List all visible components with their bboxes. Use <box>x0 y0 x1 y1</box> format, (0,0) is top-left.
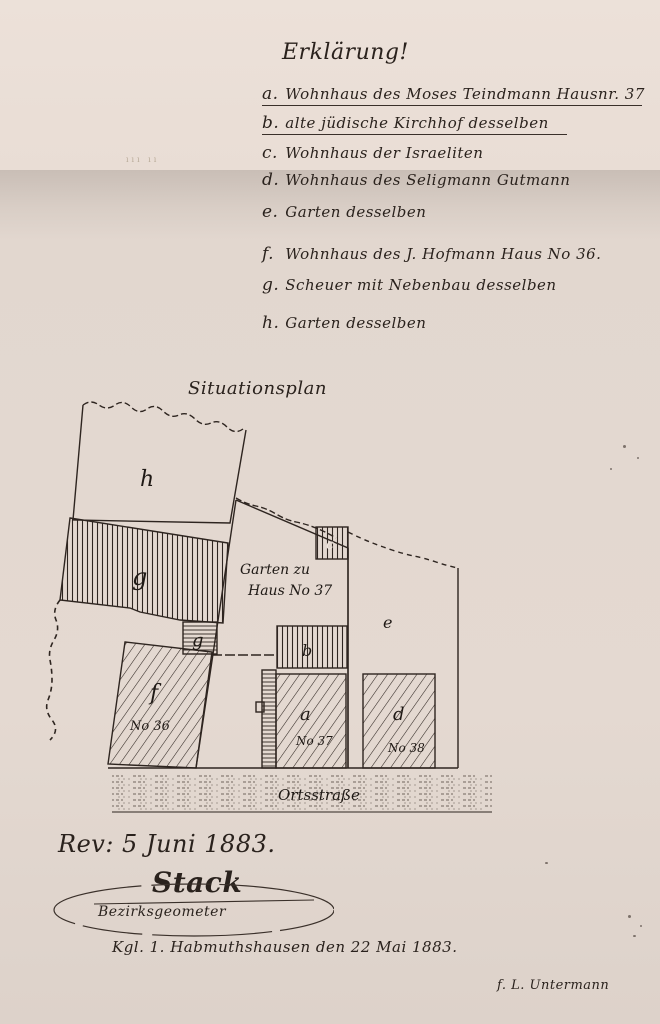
legend-item-h: h. Garten desselben <box>262 313 426 333</box>
site-plan-drawing: h g Garten zu Haus No 37 c b e g f No 36… <box>0 390 660 830</box>
ink-speck <box>633 935 636 937</box>
legend-text: Wohnhaus des Seligmann Gutmann <box>285 171 570 189</box>
parcel-a-house-37 <box>276 674 346 768</box>
ink-speck <box>640 925 642 927</box>
revision-date: Rev: 5 Juni 1883. <box>58 830 276 858</box>
label-a: a <box>300 704 311 725</box>
label-street: Ortsstraße <box>278 786 360 804</box>
label-c: c <box>326 537 334 553</box>
legend-key: g. <box>262 275 280 295</box>
ink-speck <box>610 468 612 470</box>
legend-key: f. <box>262 244 280 264</box>
label-garden: Garten zu <box>240 562 310 578</box>
label-d-no: No 38 <box>387 741 425 755</box>
label-a-no: No 37 <box>295 734 333 748</box>
parcel-f-house-36 <box>108 642 212 768</box>
wavy-boundary-right <box>348 532 458 568</box>
legend-key: h. <box>262 313 280 333</box>
legend-text: Wohnhaus des Moses Teindmann Hausnr. 37 <box>285 85 645 103</box>
signature-office: Bezirksgeometer <box>98 904 226 920</box>
ink-speck <box>637 457 639 459</box>
legend-item-e: e. Garten desselben <box>262 202 426 222</box>
legend-key: e. <box>262 202 280 222</box>
label-e: e <box>383 613 392 632</box>
legend-key: a. <box>262 84 280 104</box>
legend-text: Garten desselben <box>285 314 426 332</box>
legend-item-f: f. Wohnhaus des J. Hofmann Haus No 36. <box>262 244 601 264</box>
label-h: h <box>140 467 154 492</box>
legend-text: alte jüdische Kirchhof desselben <box>285 114 548 132</box>
parcel-a-stairs <box>262 670 276 768</box>
legend-item-a: a. Wohnhaus des Moses Teindmann Hausnr. … <box>262 84 642 106</box>
wavy-boundary-left <box>47 600 60 740</box>
wavy-boundary-top <box>83 402 243 432</box>
legend-text: Scheuer mit Nebenbau desselben <box>285 276 556 294</box>
legend-item-g: g. Scheuer mit Nebenbau desselben <box>262 275 557 295</box>
legend-text: Wohnhaus des J. Hofmann Haus No 36. <box>285 245 601 263</box>
label-f-no: No 36 <box>129 719 170 734</box>
legend-key: c. <box>262 143 280 163</box>
label-d: d <box>393 704 405 725</box>
legend-title: Erklärung! <box>282 40 409 65</box>
label-stair: g <box>192 630 204 651</box>
ink-speck <box>628 915 631 918</box>
label-b: b <box>302 641 312 660</box>
legend-text: Wohnhaus der Israeliten <box>285 144 483 162</box>
signature-place-date: Kgl. 1. Habmuthshausen den 22 Mai 1883. <box>112 938 457 956</box>
legend-item-c: c. Wohnhaus der Israeliten <box>262 143 483 163</box>
legend-key: b. <box>262 113 280 133</box>
ink-speck <box>623 445 626 448</box>
legend-text: Garten desselben <box>285 203 426 221</box>
label-g: g <box>132 563 147 591</box>
ink-speck <box>545 862 548 864</box>
label-garden-no: Haus No 37 <box>247 583 332 599</box>
legend-key: d. <box>262 170 280 190</box>
faint-bleed-mark: ııı ıı <box>126 155 159 164</box>
parcel-h-garden <box>73 405 246 523</box>
legend-item-b: b. alte jüdische Kirchhof desselben <box>262 113 567 135</box>
legend-item-d: d. Wohnhaus des Seligmann Gutmann <box>262 170 570 190</box>
corner-note: f. L. Untermann <box>497 978 609 993</box>
